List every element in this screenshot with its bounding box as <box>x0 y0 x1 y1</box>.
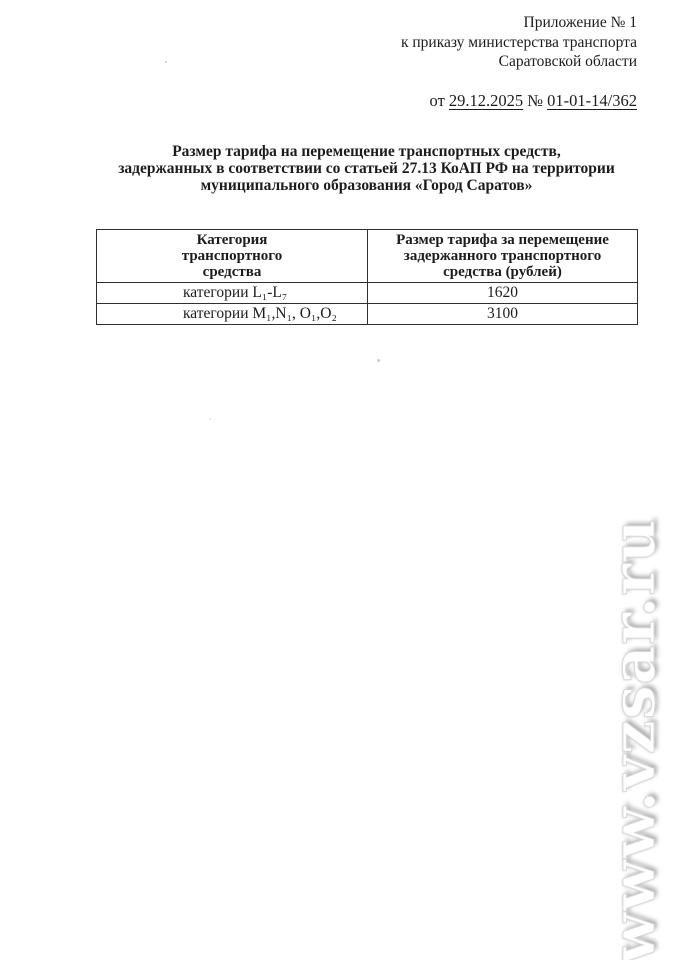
table-row: категории L₁-L₇ 1620 <box>97 283 638 304</box>
document-title-line: задержанных в соответствии со статьей 27… <box>96 160 637 177</box>
appendix-header-line: Приложение № 1 <box>401 13 637 33</box>
appendix-header-line: Саратовской области <box>401 52 637 72</box>
document-title-line: муниципального образования «Город Сарато… <box>96 177 637 194</box>
order-date: 29.12.2025 <box>449 91 523 110</box>
scan-speck <box>209 418 211 420</box>
document-title: Размер тарифа на перемещение транспортны… <box>96 143 637 194</box>
order-date-prefix: от <box>430 91 445 110</box>
tariff-amount-cell: 1620 <box>368 283 638 304</box>
table-row: категории M₁,N₁, O₁,O₂ 3100 <box>97 304 638 325</box>
order-number-sign: № <box>527 91 543 110</box>
order-number: 01-01-14/362 <box>547 91 637 110</box>
document-title-line: Размер тарифа на перемещение транспортны… <box>96 143 637 160</box>
tariff-table: Категория транспортного средства Размер … <box>96 229 638 325</box>
scan-speck <box>377 359 380 362</box>
column-header-tariff-amount: Размер тарифа за перемещение задержанног… <box>368 230 638 283</box>
table-header-row: Категория транспортного средства Размер … <box>97 230 638 283</box>
vehicle-category-cell: категории M₁,N₁, O₁,O₂ <box>97 304 368 325</box>
vehicle-category-cell: категории L₁-L₇ <box>97 283 368 304</box>
appendix-header-line: к приказу министерства транспорта <box>401 33 637 53</box>
site-watermark: www.vzsar.ru <box>599 518 669 960</box>
tariff-amount-cell: 3100 <box>368 304 638 325</box>
scanned-document-page: Приложение № 1 к приказу министерства тр… <box>0 0 679 960</box>
order-reference-line: от 29.12.2025 № 01-01-14/362 <box>430 91 637 111</box>
column-header-vehicle-category: Категория транспортного средства <box>97 230 368 283</box>
scan-speck <box>165 61 167 63</box>
appendix-header: Приложение № 1 к приказу министерства тр… <box>401 13 637 72</box>
